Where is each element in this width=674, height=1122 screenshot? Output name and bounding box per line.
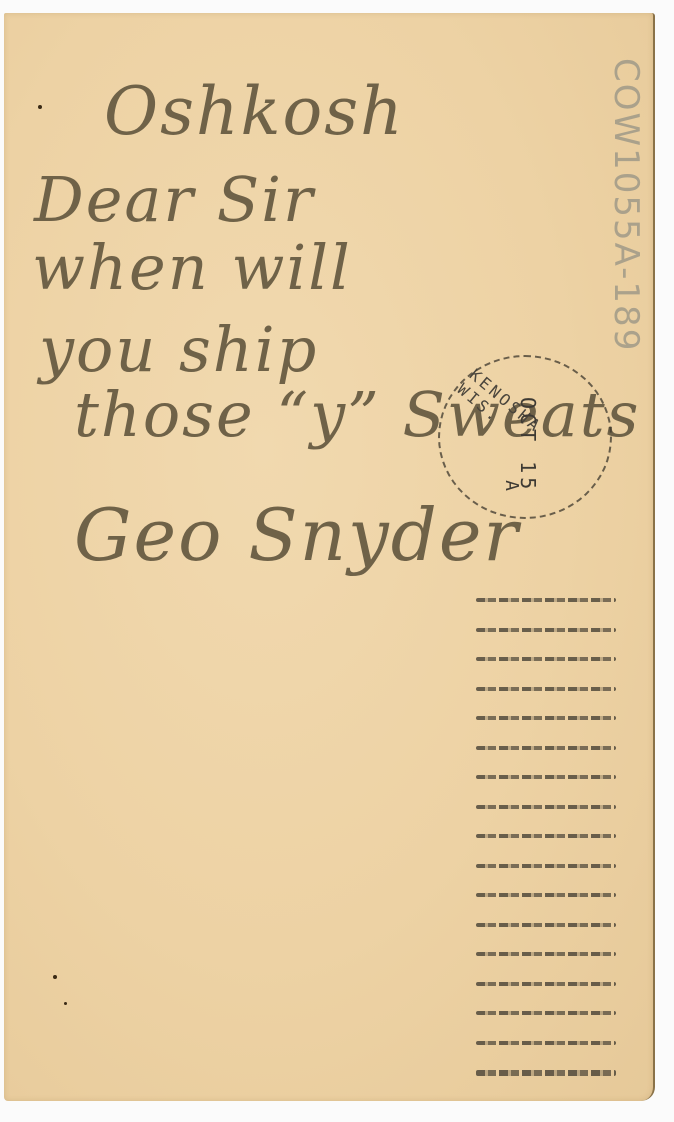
handwritten-line-place: Oshkosh — [104, 73, 405, 150]
handwritten-line-4: you ship — [39, 313, 318, 386]
cancellation-bar — [476, 1041, 616, 1045]
cancellation-bar — [476, 746, 616, 750]
cancellation-bar — [476, 952, 616, 956]
postcard: Oshkosh Dear Sir when will you ship thos… — [4, 13, 655, 1101]
cancellation-bar — [476, 775, 616, 779]
cancellation-bar — [476, 1070, 616, 1076]
handwritten-line-3: when will — [32, 231, 352, 304]
cancellation-bar — [476, 923, 616, 927]
postmark-circle: KENOSHA WIS. OCT 15 A — [438, 355, 612, 519]
cancellation-bar — [476, 657, 616, 661]
cancellation-bar — [476, 893, 616, 897]
cancellation-bar — [476, 864, 616, 868]
handwritten-line-salutation: Dear Sir — [34, 163, 315, 236]
cancellation-bar — [476, 628, 616, 632]
cancellation-bar — [476, 834, 616, 838]
cancellation-bars — [476, 598, 616, 1102]
ink-speck — [38, 105, 42, 109]
postmark-time-code: A — [501, 480, 522, 491]
ink-speck — [64, 1002, 67, 1005]
cancellation-bar — [476, 598, 616, 602]
cancellation-bar — [476, 687, 616, 691]
cancellation-bar — [476, 716, 616, 720]
cancellation-bar — [476, 1011, 616, 1015]
cancellation-bar — [476, 805, 616, 809]
postmark-date: OCT 15 — [516, 397, 540, 493]
cancellation-bar — [476, 982, 616, 986]
signature: Geo Snyder — [74, 493, 520, 577]
archival-number: COW1055A-189 — [606, 58, 646, 352]
ink-speck — [53, 975, 57, 979]
